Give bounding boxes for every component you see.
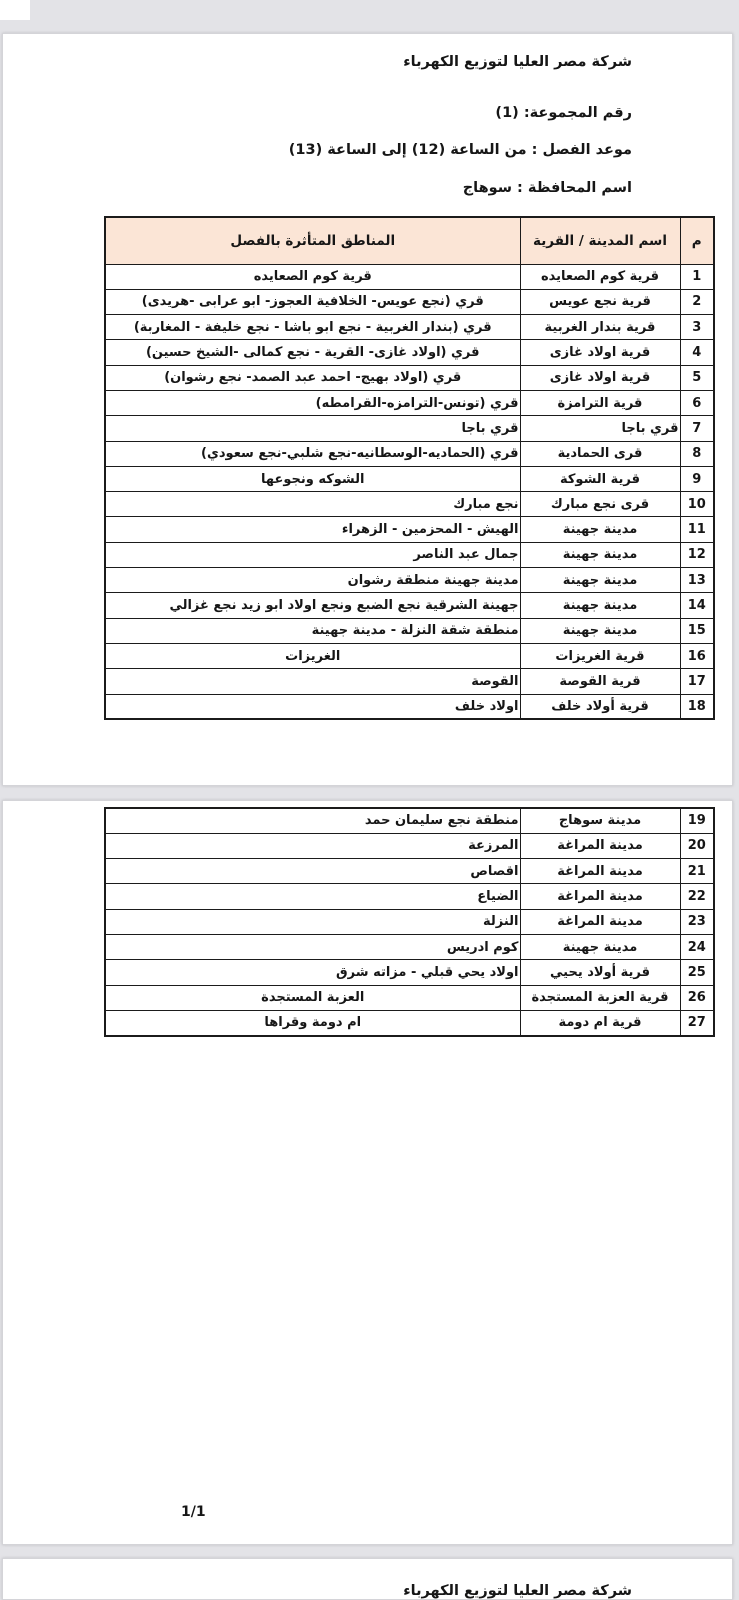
document-viewer[interactable]: شركة مصر العليا لتوزيع الكهرباء رقم المج… [0,0,739,1600]
cell-city-name: مدينة المراغة [520,833,680,858]
table-row: 4قرية اولاد غازىقري (اولاد غازى- القرية … [105,340,714,365]
table-row: 1قرية كوم الصعايدهقرية كوم الصعايده [105,264,714,289]
cell-affected-areas: النزلة [105,909,520,934]
cell-affected-areas: اقصاص [105,859,520,884]
outage-time-line: موعد الفصل : من الساعة (12) إلى الساعة (… [289,142,632,158]
table-row: 26قرية العزبة المستجدةالعزبة المستجدة [105,985,714,1010]
cell-affected-areas: الغريزات [105,643,520,668]
cell-city-name: مدينة المراغة [520,859,680,884]
cell-affected-areas: المرزعة [105,833,520,858]
cell-affected-areas: قري باجا [105,416,520,441]
cell-affected-areas: ام دومة وقراها [105,1010,520,1035]
document-page-1: شركة مصر العليا لتوزيع الكهرباء رقم المج… [2,33,733,786]
cell-affected-areas: منطقة نجع سليمان حمد [105,808,520,833]
outage-table-page-1: م اسم المدينة / القرية المناطق المتأثرة … [104,216,715,720]
cell-city-name: قرية اولاد غازى [520,365,680,390]
table-row: 20مدينة المراغةالمرزعة [105,833,714,858]
cell-city-name: قرية القوصة [520,669,680,694]
table-row: 2قرية نجع عويسقري (نجع عويس- الخلافية ال… [105,289,714,314]
cell-affected-areas: قري (اولاد غازى- القرية - نجع كمالى -الش… [105,340,520,365]
page-number: 1/1 [181,1504,206,1520]
cell-row-number: 19 [680,808,714,833]
table-row: 6قرية الترامزةقري (تونس-الترامزه-القرامط… [105,390,714,415]
cell-city-name: مدينة جهينة [520,542,680,567]
cell-affected-areas: قري (اولاد بهيج- احمد عبد الصمد- نجع رشو… [105,365,520,390]
table-row: 24مدينة جهينةكوم ادريس [105,934,714,959]
cell-affected-areas: الهيش - المحزمين - الزهراء [105,517,520,542]
outage-table-page-2: 19مدينة سوهاجمنطقة نجع سليمان حمد20مدينة… [104,807,715,1037]
cell-row-number: 1 [680,264,714,289]
table-row: 10قرى نجع مباركنجع مبارك [105,492,714,517]
cell-city-name: قرية أولاد خلف [520,694,680,719]
cell-row-number: 9 [680,466,714,491]
cell-city-name: قرية أولاد يحيي [520,960,680,985]
cell-city-name: قرية نجع عويس [520,289,680,314]
table-row: 15مدينة جهينةمنطقة شقة النزلة - مدينة جه… [105,618,714,643]
company-title: شركة مصر العليا لتوزيع الكهرباء [403,54,632,70]
cell-city-name: مدينة جهينة [520,593,680,618]
cell-row-number: 20 [680,833,714,858]
cell-affected-areas: مدينة جهينة منطقة رشوان [105,568,520,593]
table-row: 16قرية الغريزاتالغريزات [105,643,714,668]
cell-affected-areas: اولاد خلف [105,694,520,719]
cell-affected-areas: جهينة الشرقية نجع الضبع ونجع اولاد ابو ز… [105,593,520,618]
cell-city-name: مدينة جهينة [520,517,680,542]
cell-city-name: قرى نجع مبارك [520,492,680,517]
cell-affected-areas: قري (بندار الغربية - نجع ابو باشا - نجع … [105,315,520,340]
cell-affected-areas: جمال عبد الناصر [105,542,520,567]
cell-affected-areas: كوم ادريس [105,934,520,959]
cell-row-number: 6 [680,390,714,415]
cell-city-name: قرى الحمادية [520,441,680,466]
cell-row-number: 11 [680,517,714,542]
cell-row-number: 7 [680,416,714,441]
table-row: 18قرية أولاد خلفاولاد خلف [105,694,714,719]
table-row: 11مدينة جهينةالهيش - المحزمين - الزهراء [105,517,714,542]
cell-row-number: 17 [680,669,714,694]
cell-city-name: قرية الغريزات [520,643,680,668]
table-row: 9قرية الشوكةالشوكه ونجوعها [105,466,714,491]
cell-city-name: مدينة جهينة [520,618,680,643]
cell-affected-areas: القوصة [105,669,520,694]
document-page-3: شركة مصر العليا لتوزيع الكهرباء [2,1558,733,1600]
cell-affected-areas: الشوكه ونجوعها [105,466,520,491]
cell-row-number: 14 [680,593,714,618]
cell-row-number: 25 [680,960,714,985]
company-title-next-page: شركة مصر العليا لتوزيع الكهرباء [403,1583,632,1599]
cell-row-number: 8 [680,441,714,466]
cell-city-name: قرية الترامزة [520,390,680,415]
table-row: 25قرية أولاد يحيياولاد يحي قبلي - مزاته … [105,960,714,985]
cell-row-number: 3 [680,315,714,340]
cell-row-number: 5 [680,365,714,390]
cell-row-number: 24 [680,934,714,959]
cell-city-name: مدينة المراغة [520,909,680,934]
table-row: 7قري باجاقري باجا [105,416,714,441]
table-row: 13مدينة جهينةمدينة جهينة منطقة رشوان [105,568,714,593]
cell-city-name: مدينة جهينة [520,934,680,959]
cell-city-name: قرية بندار الغربية [520,315,680,340]
cell-city-name: قرية الشوكة [520,466,680,491]
table-row: 23مدينة المراغةالنزلة [105,909,714,934]
table-row: 8قرى الحماديةقري (الحماديه-الوسطانيه-نجع… [105,441,714,466]
col-header-areas: المناطق المتأثرة بالفصل [105,217,520,264]
col-header-serial: م [680,217,714,264]
cell-row-number: 12 [680,542,714,567]
table-row: 12مدينة جهينةجمال عبد الناصر [105,542,714,567]
cell-row-number: 23 [680,909,714,934]
document-page-2: 19مدينة سوهاجمنطقة نجع سليمان حمد20مدينة… [2,800,733,1545]
table-row: 19مدينة سوهاجمنطقة نجع سليمان حمد [105,808,714,833]
col-header-city: اسم المدينة / القرية [520,217,680,264]
cell-city-name: قرية ام دومة [520,1010,680,1035]
cell-city-name: مدينة جهينة [520,568,680,593]
cell-city-name: قرية اولاد غازى [520,340,680,365]
table-row: 21مدينة المراغةاقصاص [105,859,714,884]
table-row: 22مدينة المراغةالضياع [105,884,714,909]
table-header-row: م اسم المدينة / القرية المناطق المتأثرة … [105,217,714,264]
cell-city-name: مدينة سوهاج [520,808,680,833]
cell-row-number: 26 [680,985,714,1010]
governorate-line: اسم المحافظة : سوهاج [463,180,632,196]
table-row: 17قرية القوصةالقوصة [105,669,714,694]
cell-affected-areas: اولاد يحي قبلي - مزاته شرق [105,960,520,985]
cell-affected-areas: الضياع [105,884,520,909]
cell-row-number: 27 [680,1010,714,1035]
cell-affected-areas: قري (تونس-الترامزه-القرامطه) [105,390,520,415]
cell-affected-areas: منطقة شقة النزلة - مدينة جهينة [105,618,520,643]
table-row: 27قرية ام دومةام دومة وقراها [105,1010,714,1035]
cell-row-number: 21 [680,859,714,884]
cell-row-number: 4 [680,340,714,365]
table-row: 5قرية اولاد غازىقري (اولاد بهيج- احمد عب… [105,365,714,390]
cell-affected-areas: قري (نجع عويس- الخلافية العجوز- ابو عراب… [105,289,520,314]
cell-affected-areas: قرية كوم الصعايده [105,264,520,289]
table-row: 3قرية بندار الغربيةقري (بندار الغربية - … [105,315,714,340]
cell-affected-areas: قري (الحماديه-الوسطانيه-نجع شلبي-نجع سعو… [105,441,520,466]
group-number-line: رقم المجموعة: (1) [495,105,632,121]
cell-row-number: 15 [680,618,714,643]
table-row: 14مدينة جهينةجهينة الشرقية نجع الضبع ونج… [105,593,714,618]
cell-row-number: 18 [680,694,714,719]
cell-city-name: قرية العزبة المستجدة [520,985,680,1010]
cell-row-number: 13 [680,568,714,593]
cell-affected-areas: نجع مبارك [105,492,520,517]
previous-page-corner [0,0,30,20]
cell-city-name: قرية كوم الصعايده [520,264,680,289]
cell-row-number: 22 [680,884,714,909]
cell-city-name: قري باجا [520,416,680,441]
cell-row-number: 2 [680,289,714,314]
cell-city-name: مدينة المراغة [520,884,680,909]
cell-row-number: 10 [680,492,714,517]
cell-row-number: 16 [680,643,714,668]
cell-affected-areas: العزبة المستجدة [105,985,520,1010]
